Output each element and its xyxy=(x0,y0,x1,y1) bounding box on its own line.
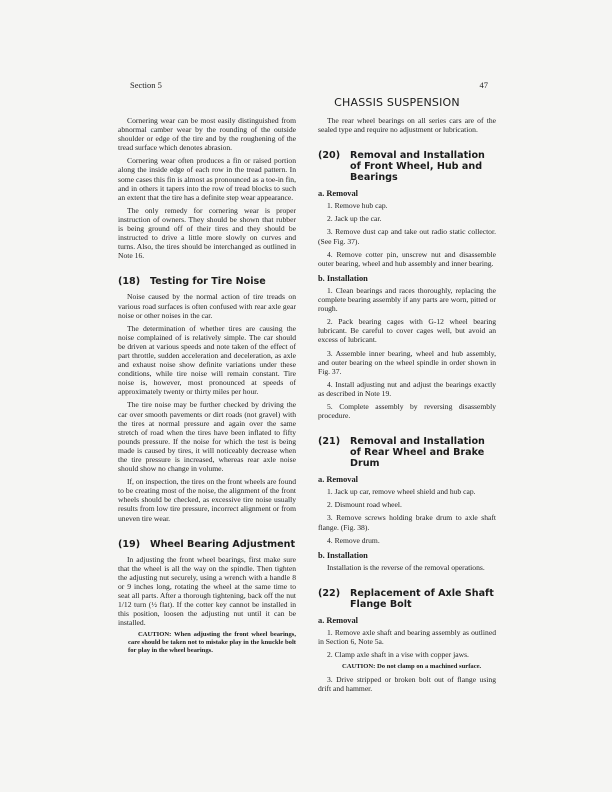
section-label: Section 5 xyxy=(130,80,162,90)
paragraph: If, on inspection, the tires on the fron… xyxy=(118,477,296,522)
paragraph: Cornering wear often produces a fin or r… xyxy=(118,156,296,201)
paragraph: Installation is the reverse of the remov… xyxy=(318,563,496,572)
heading-front-wheel-hub-bearings: (20) Removal and Installation of Front W… xyxy=(318,150,496,183)
page-number: 47 xyxy=(480,80,489,90)
heading-title: Testing for Tire Noise xyxy=(150,276,296,287)
subheading-removal: a. Removal xyxy=(318,475,496,484)
step: 1. Clean bearings and races thoroughly, … xyxy=(318,286,496,313)
heading-testing-tire-noise: (18) Testing for Tire Noise xyxy=(118,276,296,287)
paragraph: The determination of whether tires are c… xyxy=(118,324,296,397)
step: 4. Remove cotter pin, unscrew nut and di… xyxy=(318,250,496,268)
step: 5. Complete assembly by reversing disass… xyxy=(318,402,496,420)
step: 4. Remove drum. xyxy=(318,536,496,545)
step: 1. Jack up car, remove wheel shield and … xyxy=(318,487,496,496)
step: 3. Remove dust cap and take out radio st… xyxy=(318,227,496,245)
subheading-removal: a. Removal xyxy=(318,616,496,625)
subheading-installation: b. Installation xyxy=(318,551,496,560)
paragraph: The rear wheel bearings on all series ca… xyxy=(318,116,496,134)
caution-note: CAUTION: When adjusting the front wheel … xyxy=(128,631,296,654)
step: 3. Remove screws holding brake drum to a… xyxy=(318,513,496,531)
step: 2. Jack up the car. xyxy=(318,214,496,223)
step: 3. Drive stripped or broken bolt out of … xyxy=(318,675,496,693)
heading-title: Removal and Installation of Rear Wheel a… xyxy=(350,436,496,469)
heading-title: Replacement of Axle Shaft Flange Bolt xyxy=(350,588,496,610)
subheading-removal: a. Removal xyxy=(318,189,496,198)
heading-rear-wheel-brake-drum: (21) Removal and Installation of Rear Wh… xyxy=(318,436,496,469)
heading-title: Removal and Installation of Front Wheel,… xyxy=(350,150,496,183)
right-column: The rear wheel bearings on all series ca… xyxy=(318,116,496,697)
step: 1. Remove hub cap. xyxy=(318,201,496,210)
paragraph: In adjusting the front wheel bearings, f… xyxy=(118,555,296,628)
heading-number: (19) xyxy=(118,539,150,550)
left-column: Cornering wear can be most easily distin… xyxy=(118,116,296,658)
page-title: CHASSIS SUSPENSION xyxy=(0,96,612,109)
heading-axle-shaft-flange-bolt: (22) Replacement of Axle Shaft Flange Bo… xyxy=(318,588,496,610)
page-header: Section 5 47 xyxy=(130,80,488,94)
step: 2. Dismount road wheel. xyxy=(318,500,496,509)
heading-wheel-bearing-adjustment: (19) Wheel Bearing Adjustment xyxy=(118,539,296,550)
caution-note: CAUTION: Do not clamp on a machined surf… xyxy=(332,663,496,671)
step: 1. Remove axle shaft and bearing assembl… xyxy=(318,628,496,646)
paragraph: Cornering wear can be most easily distin… xyxy=(118,116,296,152)
paragraph: Noise caused by the normal action of tir… xyxy=(118,292,296,319)
heading-title: Wheel Bearing Adjustment xyxy=(150,539,296,550)
heading-number: (21) xyxy=(318,436,350,469)
heading-number: (22) xyxy=(318,588,350,610)
heading-number: (18) xyxy=(118,276,150,287)
step: 2. Pack bearing cages with G-12 wheel be… xyxy=(318,317,496,344)
subheading-installation: b. Installation xyxy=(318,274,496,283)
heading-number: (20) xyxy=(318,150,350,183)
step: 4. Install adjusting nut and adjust the … xyxy=(318,380,496,398)
paragraph: The only remedy for cornering wear is pr… xyxy=(118,206,296,261)
step: 3. Assemble inner bearing, wheel and hub… xyxy=(318,349,496,376)
step: 2. Clamp axle shaft in a vise with coppe… xyxy=(318,650,496,659)
paragraph: The tire noise may be further checked by… xyxy=(118,400,296,473)
